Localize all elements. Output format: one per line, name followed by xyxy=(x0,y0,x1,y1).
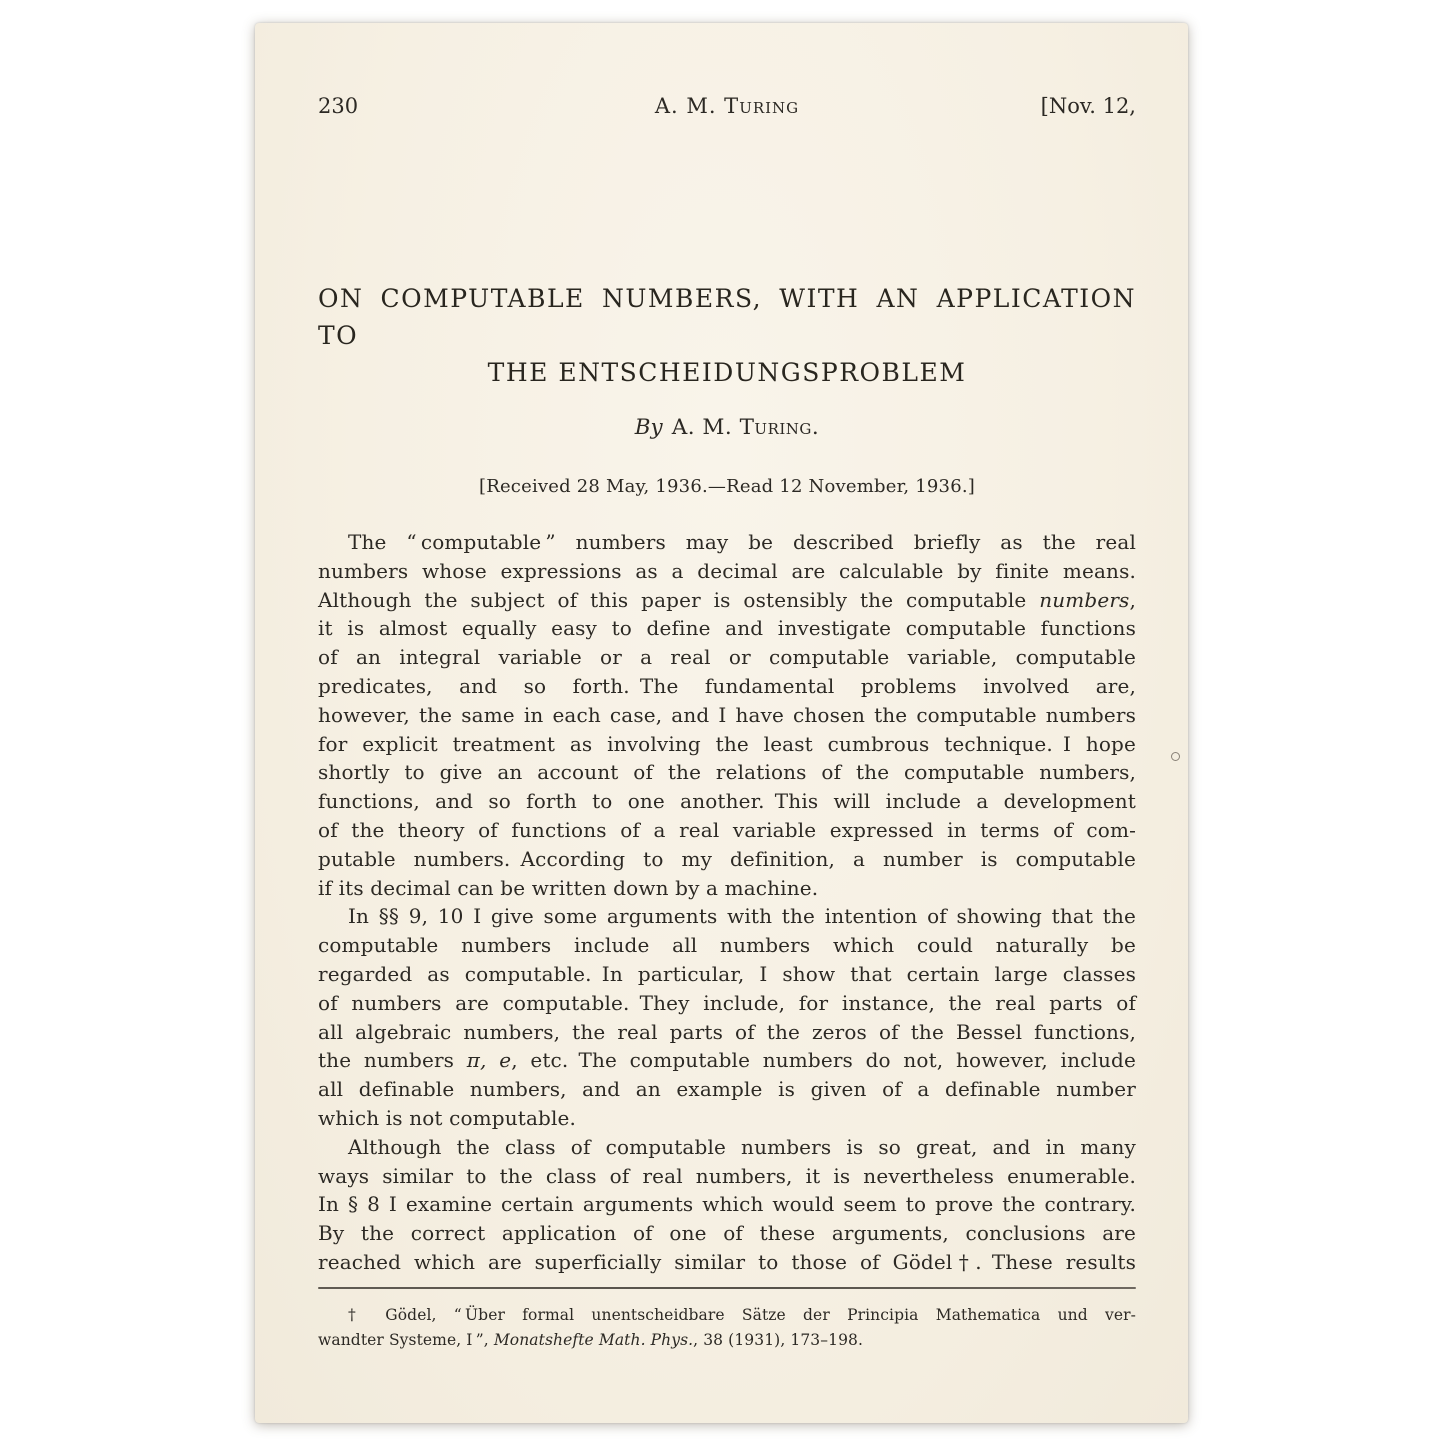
text-line: regarded as computable. In particular, I… xyxy=(318,960,1136,989)
text-segment: all algebraic numbers, the real parts of… xyxy=(318,1020,1136,1044)
received-line: [Received 28 May, 1936.—Read 12 November… xyxy=(318,476,1136,497)
text-line: all algebraic numbers, the real parts of… xyxy=(318,1018,1136,1047)
text-segment: all definable numbers, and an example is… xyxy=(318,1077,1136,1101)
byline-author: A. M. Turing. xyxy=(672,415,820,440)
text-line: if its decimal can be written down by a … xyxy=(318,874,1136,903)
text-segment: which is not computable. xyxy=(318,1106,576,1130)
text-line: reached which are superficially similar … xyxy=(318,1248,1136,1277)
text-segment: however, the same in each case, and I ha… xyxy=(318,703,1136,727)
title-line-2: THE ENTSCHEIDUNGSPROBLEM xyxy=(318,354,1136,391)
text-segment: Although the class of computable numbers… xyxy=(348,1135,1136,1159)
text-segment: , etc. The computable numbers do not, ho… xyxy=(511,1048,1136,1072)
text-line: In §§ 9, 10 I give some arguments with t… xyxy=(318,902,1136,931)
byline: ByA. M. Turing. xyxy=(318,415,1136,440)
text-segment: , 38 (1931), 173–198. xyxy=(693,1331,863,1349)
text-segment: numbers whose expressions as a decimal a… xyxy=(318,559,1136,583)
text-segment: if its decimal can be written down by a … xyxy=(318,876,818,900)
text-line: of numbers are computable. They include,… xyxy=(318,989,1136,1018)
text-line: which is not computable. xyxy=(318,1104,1136,1133)
text-line: the numbers π, e, etc. The computable nu… xyxy=(318,1046,1136,1075)
byline-by: By xyxy=(635,415,663,440)
article-body: The “ computable ” numbers may be descri… xyxy=(318,528,1136,1277)
text-line: all definable numbers, and an example is… xyxy=(318,1075,1136,1104)
text-line: however, the same in each case, and I ha… xyxy=(318,701,1136,730)
text-line: functions, and so forth to one another. … xyxy=(318,787,1136,816)
running-title: A. M. Turing xyxy=(655,92,799,120)
italic-text-segment: Monatshefte Math. Phys. xyxy=(494,1331,693,1349)
text-line: numbers whose expressions as a decimal a… xyxy=(318,557,1136,586)
text-line: The “ computable ” numbers may be descri… xyxy=(318,528,1136,557)
text-line: for explicit treatment as involving the … xyxy=(318,730,1136,759)
text-line: putable numbers. According to my definit… xyxy=(318,845,1136,874)
text-line: of the theory of functions of a real var… xyxy=(318,816,1136,845)
text-segment: regarded as computable. In particular, I… xyxy=(318,962,1136,986)
title-line-1: ON COMPUTABLE NUMBERS, WITH AN APPLICATI… xyxy=(318,280,1136,354)
page-number: 230 xyxy=(318,92,655,120)
text-line: ways similar to the class of real number… xyxy=(318,1162,1136,1191)
text-segment: , xyxy=(1129,588,1136,612)
text-line: computable numbers include all numbers w… xyxy=(318,931,1136,960)
text-segment: † Gödel, “ Über formal unentscheidbare S… xyxy=(348,1306,1136,1324)
text-segment: In § 8 I examine certain arguments which… xyxy=(318,1192,1136,1216)
text-segment: The “ computable ” numbers may be descri… xyxy=(348,530,1136,554)
running-head: 230 A. M. Turing [Nov. 12, xyxy=(318,92,1136,120)
text-segment: Although the subject of this paper is os… xyxy=(318,588,1039,612)
text-segment: By the correct application of one of the… xyxy=(318,1221,1136,1245)
text-segment: reached which are superficially similar … xyxy=(318,1250,1136,1274)
italic-text-segment: π, e xyxy=(467,1048,511,1072)
text-line: Although the class of computable numbers… xyxy=(318,1133,1136,1162)
italic-text-segment: numbers xyxy=(1039,588,1129,612)
text-line: In § 8 I examine certain arguments which… xyxy=(318,1190,1136,1219)
text-segment: predicates, and so forth. The fundamenta… xyxy=(318,674,1136,698)
text-segment: shortly to give an account of the relati… xyxy=(318,760,1136,784)
text-line: predicates, and so forth. The fundamenta… xyxy=(318,672,1136,701)
article-title: ON COMPUTABLE NUMBERS, WITH AN APPLICATI… xyxy=(318,280,1136,391)
footnote-rule xyxy=(318,1287,1136,1289)
text-segment: it is almost equally easy to define and … xyxy=(318,616,1136,640)
text-line: Although the subject of this paper is os… xyxy=(318,586,1136,615)
scan-speck xyxy=(1171,752,1180,761)
text-segment: computable numbers include all numbers w… xyxy=(318,933,1136,957)
text-line: † Gödel, “ Über formal unentscheidbare S… xyxy=(318,1303,1136,1328)
text-segment: wandter Systeme, I ”, xyxy=(318,1331,494,1349)
text-segment: of an integral variable or a real or com… xyxy=(318,645,1136,669)
text-line: wandter Systeme, I ”, Monatshefte Math. … xyxy=(318,1328,1136,1353)
text-line: By the correct application of one of the… xyxy=(318,1219,1136,1248)
text-line: shortly to give an account of the relati… xyxy=(318,758,1136,787)
text-segment: the numbers xyxy=(318,1048,467,1072)
footnote: † Gödel, “ Über formal unentscheidbare S… xyxy=(318,1303,1136,1353)
text-segment: of numbers are computable. They include,… xyxy=(318,991,1136,1015)
text-segment: functions, and so forth to one another. … xyxy=(318,789,1136,813)
text-line: it is almost equally easy to define and … xyxy=(318,614,1136,643)
text-segment: for explicit treatment as involving the … xyxy=(318,732,1136,756)
text-line: of an integral variable or a real or com… xyxy=(318,643,1136,672)
text-segment: In §§ 9, 10 I give some arguments with t… xyxy=(348,904,1136,928)
text-segment: putable numbers. According to my definit… xyxy=(318,847,1136,871)
text-segment: ways similar to the class of real number… xyxy=(318,1164,1136,1188)
text-segment: of the theory of functions of a real var… xyxy=(318,818,1136,842)
paper-page: 230 A. M. Turing [Nov. 12, ON COMPUTABLE… xyxy=(255,23,1188,1423)
header-date: [Nov. 12, xyxy=(799,92,1136,120)
